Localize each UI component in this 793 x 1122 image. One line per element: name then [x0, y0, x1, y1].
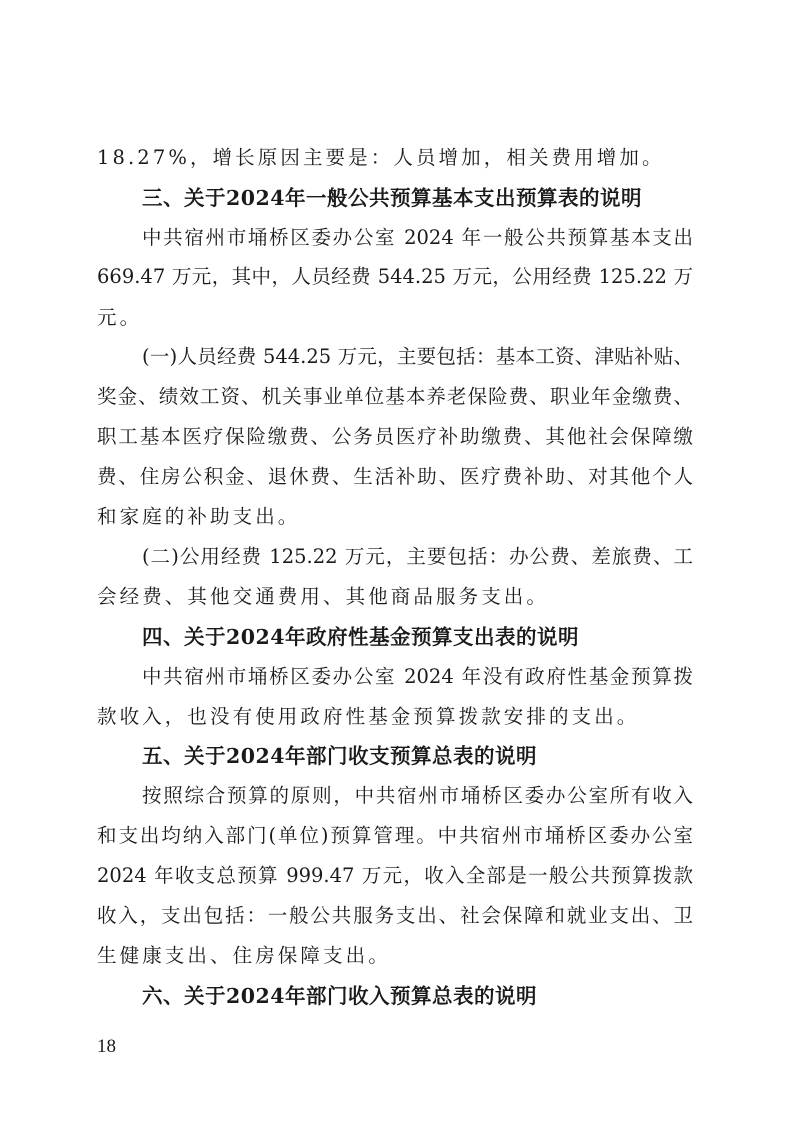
body-line: 669.47 万元，其中，人员经费 544.25 万元，公用经费 125.22 … — [97, 257, 693, 297]
body-line: 中共宿州市埇桥区委办公室 2024 年一般公共预算基本支出 — [142, 218, 693, 258]
body-line: 生健康支出、住房保障支出。 — [97, 936, 693, 976]
body-line: 和家庭的补助支出。 — [97, 497, 693, 537]
section-heading-6: 六、关于2024年部门收入预算总表的说明 — [142, 976, 693, 1016]
body-line: 职工基本医疗保险缴费、公务员医疗补助缴费、其他社会保障缴 — [97, 417, 693, 457]
section-heading-5: 五、关于2024年部门收支预算总表的说明 — [142, 736, 693, 776]
subsection-public-funds: (二)公用经费 125.22 万元，主要包括：办公费、差旅费、工 — [142, 537, 693, 577]
page-number: 18 — [97, 1036, 116, 1058]
subsection-personnel: (一)人员经费 544.25 万元，主要包括：基本工资、津贴补贴、 — [142, 337, 693, 377]
body-line: 元。 — [97, 298, 693, 338]
body-line: 费、住房公积金、退休费、生活补助、医疗费补助、对其他个人 — [97, 457, 693, 497]
body-line: 款收入，也没有使用政府性基金预算拨款安排的支出。 — [97, 697, 693, 737]
body-line: 按照综合预算的原则，中共宿州市埇桥区委办公室所有收入 — [142, 776, 693, 816]
body-line: 会经费、其他交通费用、其他商品服务支出。 — [97, 577, 693, 617]
body-line: 和支出均纳入部门(单位)预算管理。中共宿州市埇桥区委办公室 — [97, 816, 693, 856]
body-line: 中共宿州市埇桥区委办公室 2024 年没有政府性基金预算拨 — [142, 657, 693, 697]
section-heading-4: 四、关于2024年政府性基金预算支出表的说明 — [142, 617, 693, 657]
body-line: 奖金、绩效工资、机关事业单位基本养老保险费、职业年金缴费、 — [97, 377, 693, 417]
section-heading-3: 三、关于2024年一般公共预算基本支出预算表的说明 — [142, 178, 693, 218]
body-line: 2024 年收支总预算 999.47 万元，收入全部是一般公共预算拨款 — [97, 856, 693, 896]
body-line: 18.27%，增长原因主要是：人员增加，相关费用增加。 — [97, 138, 693, 178]
document-page: 18.27%，增长原因主要是：人员增加，相关费用增加。 三、关于2024年一般公… — [0, 0, 793, 1122]
body-line: 收入，支出包括：一般公共服务支出、社会保障和就业支出、卫 — [97, 896, 693, 936]
